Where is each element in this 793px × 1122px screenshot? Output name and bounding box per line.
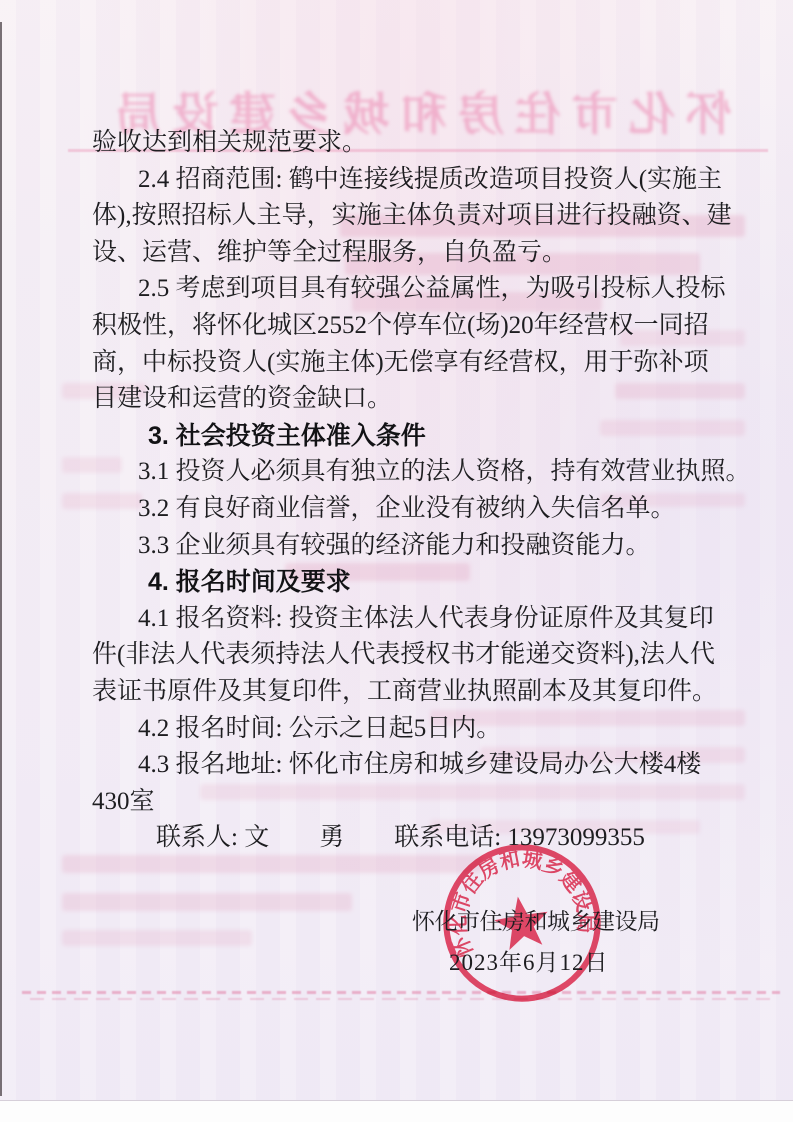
doc-line-16: 表证书原件及其复印件，工商营业执照副本及其复印件。 bbox=[92, 677, 750, 707]
bleedthrough-bottom-rule bbox=[22, 991, 780, 994]
bleedthrough-artifact bbox=[62, 855, 482, 873]
scan-edge-line bbox=[0, 22, 2, 1096]
doc-line-2: 2.4 招商范围: 鹤中连接线提质改造项目投资人(实施主 bbox=[92, 165, 793, 195]
bleedthrough-artifact bbox=[62, 893, 352, 911]
doc-line-17: 4.2 报名时间: 公示之日起5日内。 bbox=[92, 714, 793, 744]
doc-line-8: 目建设和运营的资金缺口。 bbox=[92, 384, 750, 414]
doc-line-9: 3. 社会投资主体准入条件 bbox=[92, 421, 793, 451]
doc-line-15: 件(非法人代表须持法人代表授权书才能递交资料),法人代 bbox=[92, 640, 750, 670]
doc-line-6: 积极性，将怀化城区2552个停车位(场)20年经营权一同招 bbox=[92, 311, 750, 341]
doc-line-11: 3.2 有良好商业信誉，企业没有被纳入失信名单。 bbox=[92, 494, 793, 524]
signature-date: 2023年6月12日 bbox=[449, 944, 609, 977]
scan-bottom-margin bbox=[0, 1100, 793, 1122]
signature-organization: 怀化市住房和城乡建设局 bbox=[412, 903, 660, 936]
doc-line-3: 体),按照招标人主导，实施主体负责对项目进行投融资、建 bbox=[92, 201, 750, 231]
doc-line-20: 联系人: 文 勇 联系电话: 13973099355 bbox=[92, 823, 793, 853]
doc-line-4: 设、运营、维护等全过程服务，自负盈亏。 bbox=[92, 238, 750, 268]
doc-line-19: 430室 bbox=[92, 787, 750, 817]
doc-line-5: 2.5 考虑到项目具有较强公益属性，为吸引投标人投标 bbox=[92, 274, 793, 304]
scanned-document-page: 怀化市住房和城乡建设局 怀化市住房和城乡建设局 验收达到相关规范要求。2.4 招… bbox=[0, 0, 793, 1122]
bleedthrough-letterhead: 怀化市住房和城乡建设局 bbox=[92, 78, 744, 128]
doc-line-12: 3.3 企业须具有较强的经济能力和投融资能力。 bbox=[92, 531, 793, 561]
doc-line-7: 商，中标投资人(实施主体)无偿享有经营权，用于弥补项 bbox=[92, 348, 750, 378]
bleedthrough-bottom-rule bbox=[30, 998, 770, 1000]
doc-line-18: 4.3 报名地址: 怀化市住房和城乡建设局办公大楼4楼 bbox=[92, 750, 793, 780]
doc-line-13: 4. 报名时间及要求 bbox=[92, 567, 793, 597]
doc-line-1: 验收达到相关规范要求。 bbox=[92, 128, 750, 158]
doc-line-14: 4.1 报名资料: 投资主体法人代表身份证原件及其复印 bbox=[92, 604, 793, 634]
bleedthrough-artifact bbox=[62, 930, 252, 946]
doc-line-10: 3.1 投资人必须具有独立的法人资格，持有效营业执照。 bbox=[92, 457, 793, 487]
